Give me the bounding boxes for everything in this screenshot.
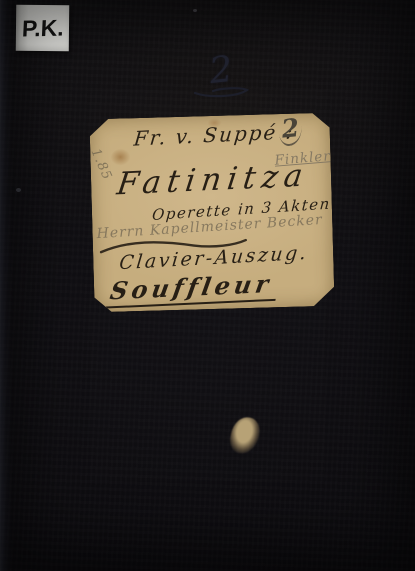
- book-spine-edge: [0, 0, 17, 571]
- cover-number-digit: 2: [184, 48, 258, 93]
- library-stamp: P.K.: [16, 5, 69, 52]
- book-cover-photo: P.K. 2 1.85 Fr. v. Suppé : 2 Finkler Fat…: [0, 0, 415, 571]
- worn-spot: [227, 414, 262, 456]
- title-label: 1.85 Fr. v. Suppé : 2 Finkler Fatinitza …: [89, 113, 334, 313]
- label-stain: [110, 148, 130, 166]
- dust-speck: [193, 9, 197, 12]
- handwritten-cover-number: 2: [186, 52, 256, 107]
- work-title: Fatinitza: [115, 157, 311, 202]
- library-stamp-text: P.K.: [21, 14, 64, 42]
- label-copy-number: 2: [277, 113, 303, 147]
- part-name: Souffleur: [106, 269, 281, 309]
- composer-line: Fr. v. Suppé :: [133, 119, 296, 150]
- pencil-margin-mark: 1.85: [88, 146, 115, 182]
